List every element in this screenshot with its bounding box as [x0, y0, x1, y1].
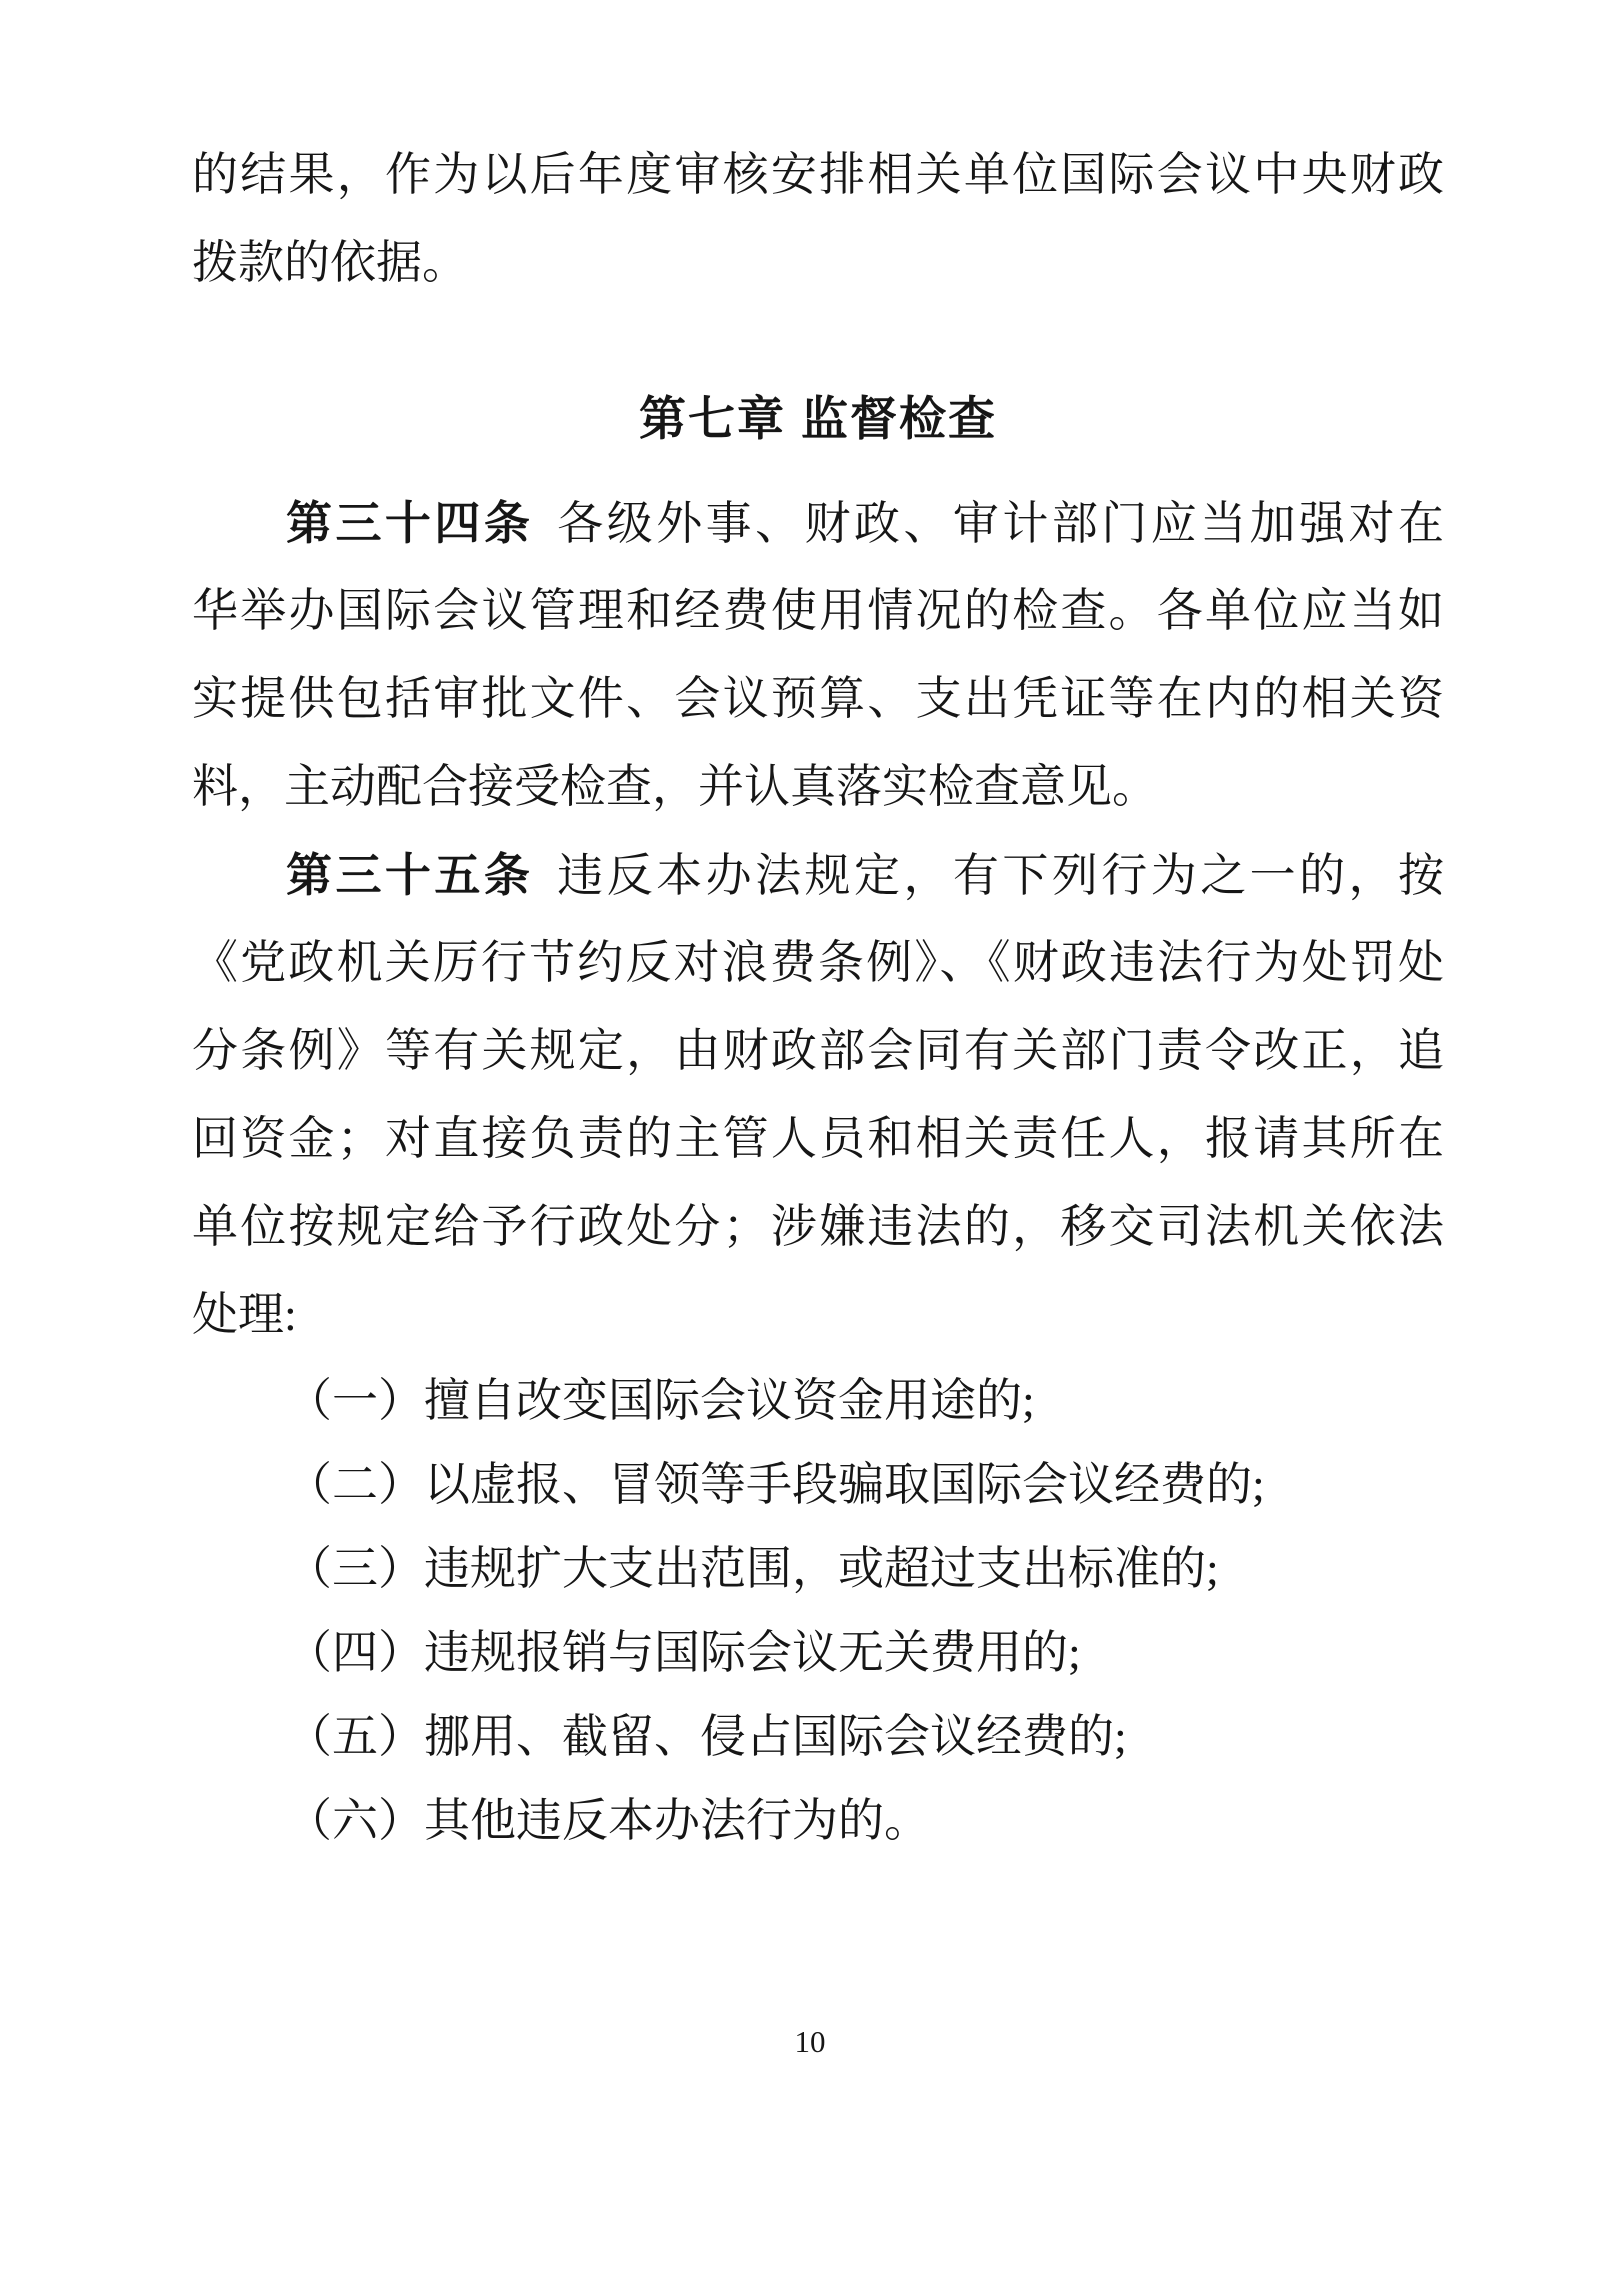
text-line: 《党政机关厉行节约反对浪费条例》、《财政违法行为处罚处 [192, 919, 1444, 1007]
list-item: （二）以虚报、冒领等手段骗取国际会议经费的; [192, 1443, 1444, 1527]
list-item: （四）违规报销与国际会议无关费用的; [192, 1611, 1444, 1695]
text-line: 拨款的依据。 [192, 219, 1444, 307]
chapter-heading: 第七章 监督检查 [192, 375, 1444, 463]
text-line: 第三十四条各级外事、财政、审计部门应当加强对在 [192, 479, 1444, 567]
list-item: （三）违规扩大支出范围，或超过支出标准的; [192, 1527, 1444, 1611]
article-34-label: 第三十四条 [286, 497, 533, 549]
article-35-text: 违反本办法规定，有下列行为之一的，按 [557, 850, 1444, 901]
text-line: 处理: [192, 1271, 1444, 1359]
document-body: 的结果，作为以后年度审核安排相关单位国际会议中央财政 拨款的依据。 第七章 监督… [192, 131, 1444, 1863]
article-35-item-list: （一）擅自改变国际会议资金用途的; （二）以虚报、冒领等手段骗取国际会议经费的;… [192, 1359, 1444, 1863]
text-line: 料，主动配合接受检查，并认真落实检查意见。 [192, 743, 1444, 831]
text-line: 第三十五条违反本办法规定，有下列行为之一的，按 [192, 831, 1444, 919]
list-item: （五）挪用、截留、侵占国际会议经费的; [192, 1695, 1444, 1779]
text-line: 单位按规定给予行政处分；涉嫌违法的，移交司法机关依法 [192, 1183, 1444, 1271]
text-line: 分条例》等有关规定，由财政部会同有关部门责令改正，追 [192, 1007, 1444, 1095]
article-34-text: 各级外事、财政、审计部门应当加强对在 [557, 498, 1444, 549]
page-number: 10 [0, 2024, 1620, 2060]
list-item: （一）擅自改变国际会议资金用途的; [192, 1359, 1444, 1443]
text-line: 的结果，作为以后年度审核安排相关单位国际会议中央财政 [192, 131, 1444, 219]
document-page: 的结果，作为以后年度审核安排相关单位国际会议中央财政 拨款的依据。 第七章 监督… [0, 0, 1620, 2292]
list-item: （六）其他违反本办法行为的。 [192, 1779, 1444, 1863]
article-35-label: 第三十五条 [286, 849, 533, 901]
text-line: 实提供包括审批文件、会议预算、支出凭证等在内的相关资 [192, 655, 1444, 743]
intro-paragraph: 的结果，作为以后年度审核安排相关单位国际会议中央财政 拨款的依据。 [192, 131, 1444, 307]
article-35-paragraph: 第三十五条违反本办法规定，有下列行为之一的，按 《党政机关厉行节约反对浪费条例》… [192, 831, 1444, 1359]
text-line: 华举办国际会议管理和经费使用情况的检查。各单位应当如 [192, 567, 1444, 655]
article-34-paragraph: 第三十四条各级外事、财政、审计部门应当加强对在 华举办国际会议管理和经费使用情况… [192, 479, 1444, 831]
text-line: 回资金；对直接负责的主管人员和相关责任人，报请其所在 [192, 1095, 1444, 1183]
